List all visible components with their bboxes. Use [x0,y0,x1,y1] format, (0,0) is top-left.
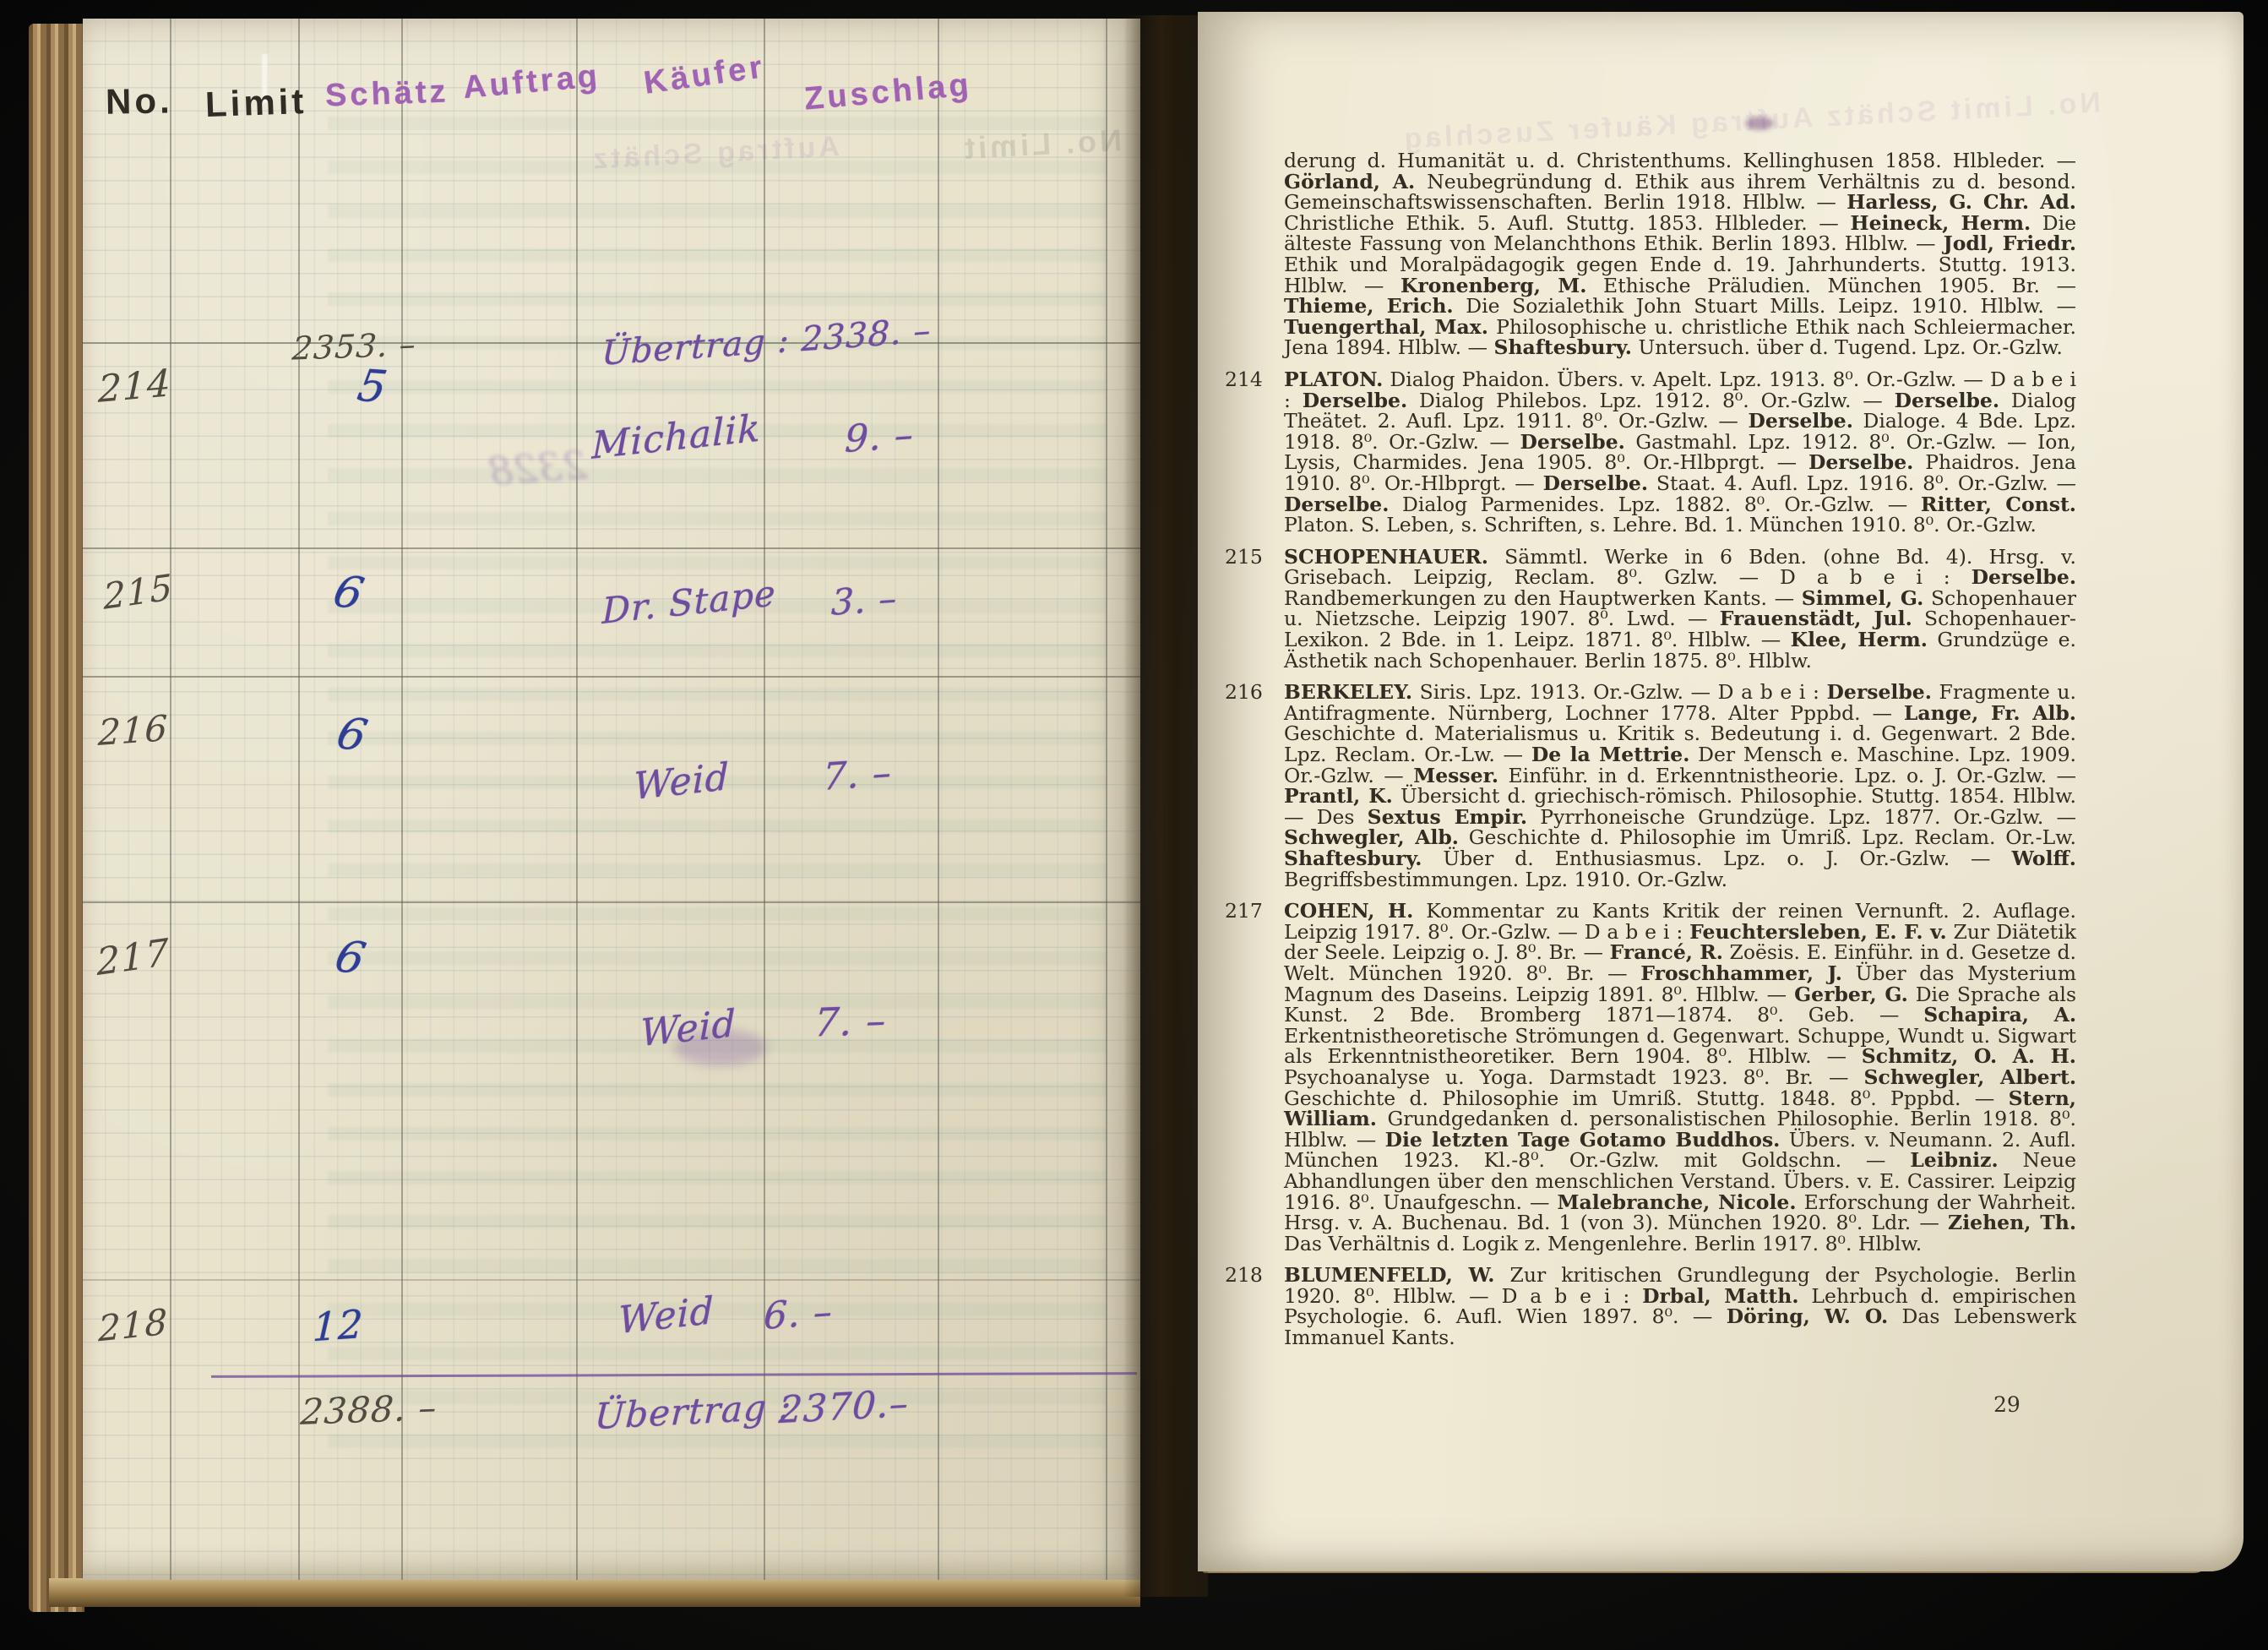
handwriting-entry: 6. – [763,1290,834,1338]
handwriting-entry: 215 [103,566,174,618]
handwriting-entry: 217 [96,931,171,984]
column-stamp-zuschlag: Zuschlag [803,67,974,117]
handwriting-entry: Weid [640,1002,736,1055]
handwriting-entry: 7. – [813,997,888,1045]
catalog-entry-218: 218BLUMENFELD, W. Zur kritischen Grundle… [1284,1265,2076,1348]
handwriting-entry: Weid [618,1289,714,1342]
lot-number: 218 [1225,1265,1263,1286]
handwriting-entry: Übertrag : 2338. – [601,311,933,373]
handwriting-entry: 2353. – [291,325,418,367]
lot-number: 216 [1225,682,1263,703]
column-stamp-schtz: Schätz [324,74,449,114]
lot-number: 217 [1225,901,1263,922]
lot-number: 214 [1225,369,1263,390]
handwriting-entry: 3. – [830,577,898,624]
catalog-entry-215: 215SCHOPENHAUER. Sämmtl. Werke in 6 Bden… [1284,547,2076,672]
handwriting-entry: 12 [312,1301,364,1350]
handwriting-entry: Weid [634,755,729,809]
handwriting-entry: 6 [330,931,371,984]
column-stamp-limit: Limit [204,81,307,125]
handwriting-entry: 2370.– [778,1382,910,1432]
handwriting-entry: 5 [354,361,391,413]
handwriting-entry: 6 [332,708,373,761]
handwriting-entry: Michalik [592,406,761,467]
handwriting-entry: Dr. Stape [602,572,776,632]
handwriting-entry: Übertrag : [594,1386,793,1437]
handwriting-entry: 218 [98,1301,168,1350]
catalog-entry-216: 216BERKELEY. Siris. Lpz. 1913. Or.-Gzlw.… [1284,682,2076,890]
handwriting-entry: 216 [97,707,169,754]
catalog-entry-continuation: derung d. Humanität u. d. Christenthums.… [1284,150,2076,358]
handwriting-entry: 6 [329,566,369,619]
column-stamp-auftrag: Auftrag [461,58,601,106]
book-scan: Auftrag Schätz No. Limit 2328 No. Limit … [0,0,2268,1650]
handwriting-entry: 2388. – [299,1386,438,1433]
catalog-entry-214: 214PLATON. Dialog Phaidon. Übers. v. Ape… [1284,369,2076,536]
handwriting-entry: 9. – [844,413,915,461]
catalog-entries: derung d. Humanität u. d. Christenthums.… [1284,150,2076,1348]
column-stamp-no: No. [106,80,173,122]
page-number: 29 [1993,1392,2021,1417]
column-stamp-kufer: Käufer [642,49,768,102]
handwriting-entry: 214 [98,362,172,411]
handwriting-entry: 7. – [822,751,893,799]
catalog-entry-217: 217COHEN, H. Kommentar zu Kants Kritik d… [1284,901,2076,1254]
lot-number: 215 [1225,547,1263,568]
